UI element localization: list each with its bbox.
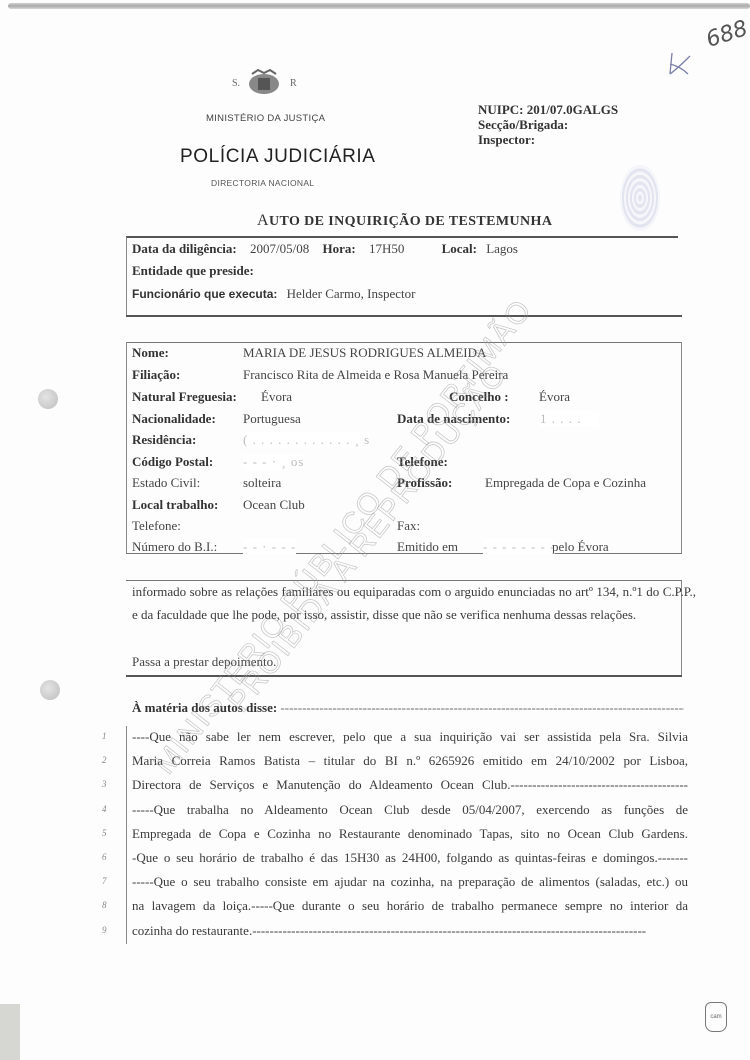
line-number: 7 [102, 876, 112, 886]
punch-hole [40, 680, 60, 700]
divider [126, 315, 682, 317]
statement-line: Empregada de Copa e Cozinha no Restauran… [132, 822, 688, 846]
emitido-redacted: - - - - - - - - [483, 539, 555, 555]
scan-edge [8, 3, 750, 9]
punch-hole [38, 389, 58, 409]
line-number: 4 [102, 804, 112, 814]
nome-value: MARIA DE JESUS RODRIGUES ALMEIDA [243, 345, 486, 361]
estado-civil-label: Estado Civil: [132, 475, 200, 491]
ministry-name: MINISTÉRIO DA JUSTIÇA [206, 113, 325, 124]
diligencia-row: Data da diligência: 2007/05/08 Hora: 17H… [132, 241, 518, 257]
line-number: 5 [102, 828, 112, 838]
scan-margin [0, 1004, 20, 1060]
residencia-redacted: ( . . . . . . . . . . . . ¸ s [243, 432, 370, 448]
agency-name: POLÍCIA JUDICIÁRIA [180, 146, 376, 168]
freguesia-label: Natural Freguesia: [132, 389, 237, 405]
nuipc: NUIPC: 201/07.0GALGS [478, 102, 618, 117]
stamp-icon: cam [705, 1002, 727, 1032]
profissao-value: Empregada de Copa e Cozinha [485, 475, 646, 491]
nome-label: Nome: [132, 345, 169, 361]
seccao-label: Secção/Brigada: [478, 117, 618, 132]
statement: ----Que não sabe ler nem escrever, pelo … [132, 725, 688, 943]
telefone2-label: Telefone: [132, 518, 181, 534]
divider [126, 342, 682, 343]
funcionario-row: Funcionário que executa: Helder Carmo, I… [132, 286, 415, 302]
fingerprint [620, 165, 660, 231]
filiacao-label: Filiação: [132, 367, 180, 383]
divider [126, 236, 678, 238]
line-number: 6 [102, 852, 112, 862]
residencia-label: Residência: [132, 432, 196, 448]
codigo-postal-label: Código Postal: [132, 454, 213, 470]
statement-line: -----Que trabalha no Aldeamento Ocean Cl… [132, 798, 688, 822]
statement-line: cozinha do restaurante.-----------------… [132, 919, 688, 943]
codigo-postal-redacted: - - - · ¸ os [243, 454, 304, 470]
line-number: 2 [102, 755, 112, 765]
line-number: 1 [102, 731, 112, 741]
bi-redacted: - - · - - - [243, 539, 296, 555]
box-border [126, 237, 127, 315]
line-number: 8 [102, 900, 112, 910]
informado-text: informado sobre as relações familiares o… [132, 581, 696, 626]
emitido-por: pelo Évora [552, 539, 609, 555]
freguesia-value: Évora [261, 389, 292, 405]
emblem-icon [246, 68, 282, 98]
box-border [681, 342, 682, 554]
page-number: 688 [703, 16, 750, 53]
document-title: AUTO DE INQUIRIÇÃO DE TESTEMUNHA [257, 212, 552, 230]
local-trabalho-value: Ocean Club [243, 497, 305, 513]
box-border [126, 342, 127, 554]
case-info: NUIPC: 201/07.0GALGS Secção/Brigada: Ins… [478, 102, 618, 147]
divider [126, 675, 682, 677]
initials-mark-icon [664, 50, 694, 78]
inspector-label: Inspector: [478, 132, 618, 147]
statement-line: -----Que o seu trabalho consiste em ajud… [132, 870, 688, 894]
statement-line: Directora de Serviços e Manutenção do Al… [132, 773, 688, 797]
bi-label: Número do B.I.: [132, 539, 217, 555]
statement-line: na lavagem da loiça.-----Que durante o s… [132, 894, 688, 918]
nacionalidade-value: Portuguesa [243, 411, 301, 427]
statement-line: Maria Correia Ramos Batista – titular do… [132, 749, 688, 773]
local-trabalho-label: Local trabalho: [132, 497, 218, 513]
line-number: 9 [102, 925, 112, 935]
statement-line: -Que o seu horário de trabalho é das 15H… [132, 846, 688, 870]
nacionalidade-label: Nacionalidade: [132, 411, 216, 427]
line-number: 3 [102, 779, 112, 789]
entidade-label: Entidade que preside: [132, 263, 254, 279]
nascimento-redacted: 1 . . . . [540, 411, 599, 427]
margin-line [126, 726, 127, 944]
directorate-name: DIRECTORIA NACIONAL [211, 178, 314, 188]
emitido-label: Emitido em [397, 539, 458, 555]
estado-civil-value: solteira [243, 475, 281, 491]
coat-of-arms: S. R [228, 68, 298, 98]
concelho-value: Évora [539, 389, 570, 405]
